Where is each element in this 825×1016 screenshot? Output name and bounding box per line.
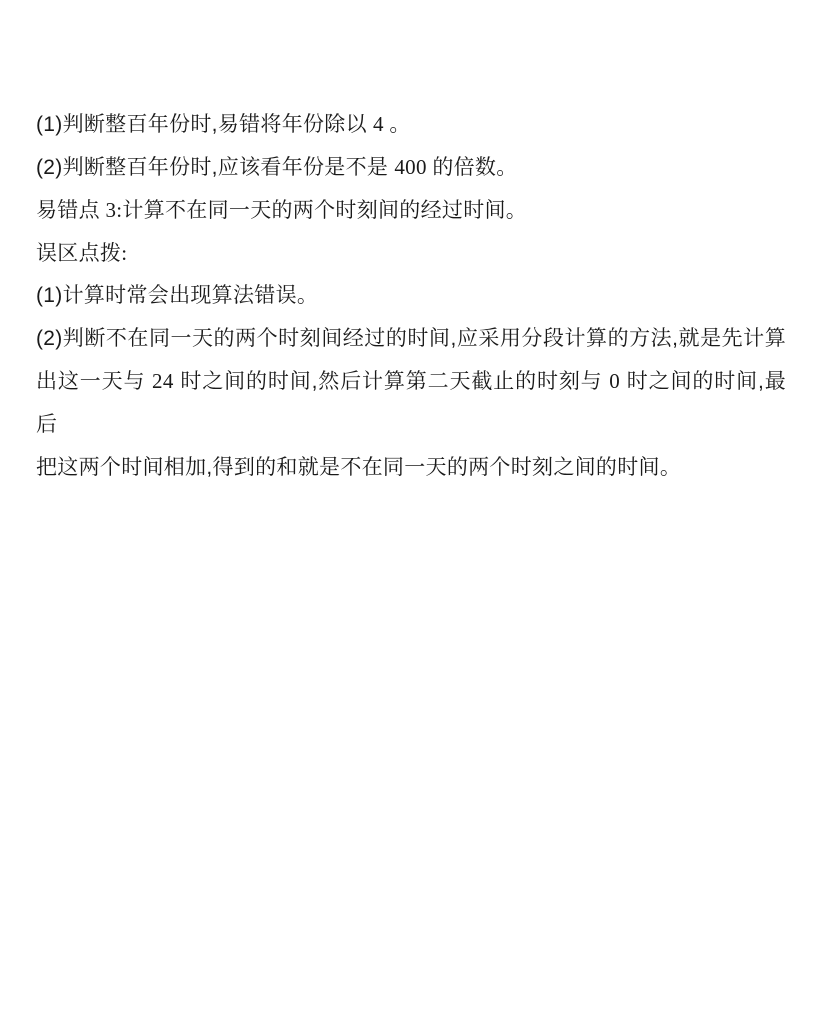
text-segment: (2)判断整百年份时,应该看年份是不是 <box>36 156 394 179</box>
error-point-3-heading: 易错点 3:计算不在同一天的两个时刻间的经过时间。 <box>36 189 786 232</box>
text-segment: 把这两个时间相加,得到的和就是不在同一天的两个时刻之间的时间。 <box>36 456 681 479</box>
numeral-segment: 4 <box>373 112 384 136</box>
heading-label-segment: 误区点拨: <box>36 241 127 265</box>
numeral-segment: 24 <box>152 369 174 393</box>
heading-label-segment: 易错点 3: <box>36 198 122 222</box>
numeral-segment: 400 <box>394 155 426 179</box>
text-segment: (1)判断整百年份时,易错将年份除以 <box>36 113 373 136</box>
leap-year-note-2: (2)判断整百年份时,应该看年份是不是 400 的倍数。 <box>36 146 786 189</box>
misconception-hint-heading: 误区点拨: <box>36 232 786 274</box>
numeral-segment: 0 <box>609 369 620 393</box>
text-segment: 计算不在同一天的两个时刻间的经过时间。 <box>122 199 527 222</box>
document-page: (1)判断整百年份时,易错将年份除以 4 。 (2)判断整百年份时,应该看年份是… <box>0 0 825 1016</box>
text-segment: (2)判断不在同一天的两个时刻间经过的时间,应采用分段计算的方法,就是先计算 <box>36 327 786 350</box>
text-segment: (1)计算时常会出现算法错误。 <box>36 284 318 307</box>
time-calc-note-2-line-1: (2)判断不在同一天的两个时刻间经过的时间,应采用分段计算的方法,就是先计算 <box>36 317 786 360</box>
time-calc-note-2-line-2: 出这一天与 24 时之间的时间,然后计算第二天截止的时刻与 0 时之间的时间,最… <box>36 360 786 446</box>
leap-year-note-1: (1)判断整百年份时,易错将年份除以 4 。 <box>36 103 786 146</box>
text-segment: 出这一天与 <box>36 370 152 393</box>
text-segment: 的倍数。 <box>432 156 517 179</box>
time-calc-note-2-line-3: 把这两个时间相加,得到的和就是不在同一天的两个时刻之间的时间。 <box>36 446 786 489</box>
text-segment: 时之间的时间,然后计算第二天截止的时刻与 <box>174 370 610 393</box>
time-calc-note-1: (1)计算时常会出现算法错误。 <box>36 274 786 317</box>
text-segment: 。 <box>389 113 410 136</box>
